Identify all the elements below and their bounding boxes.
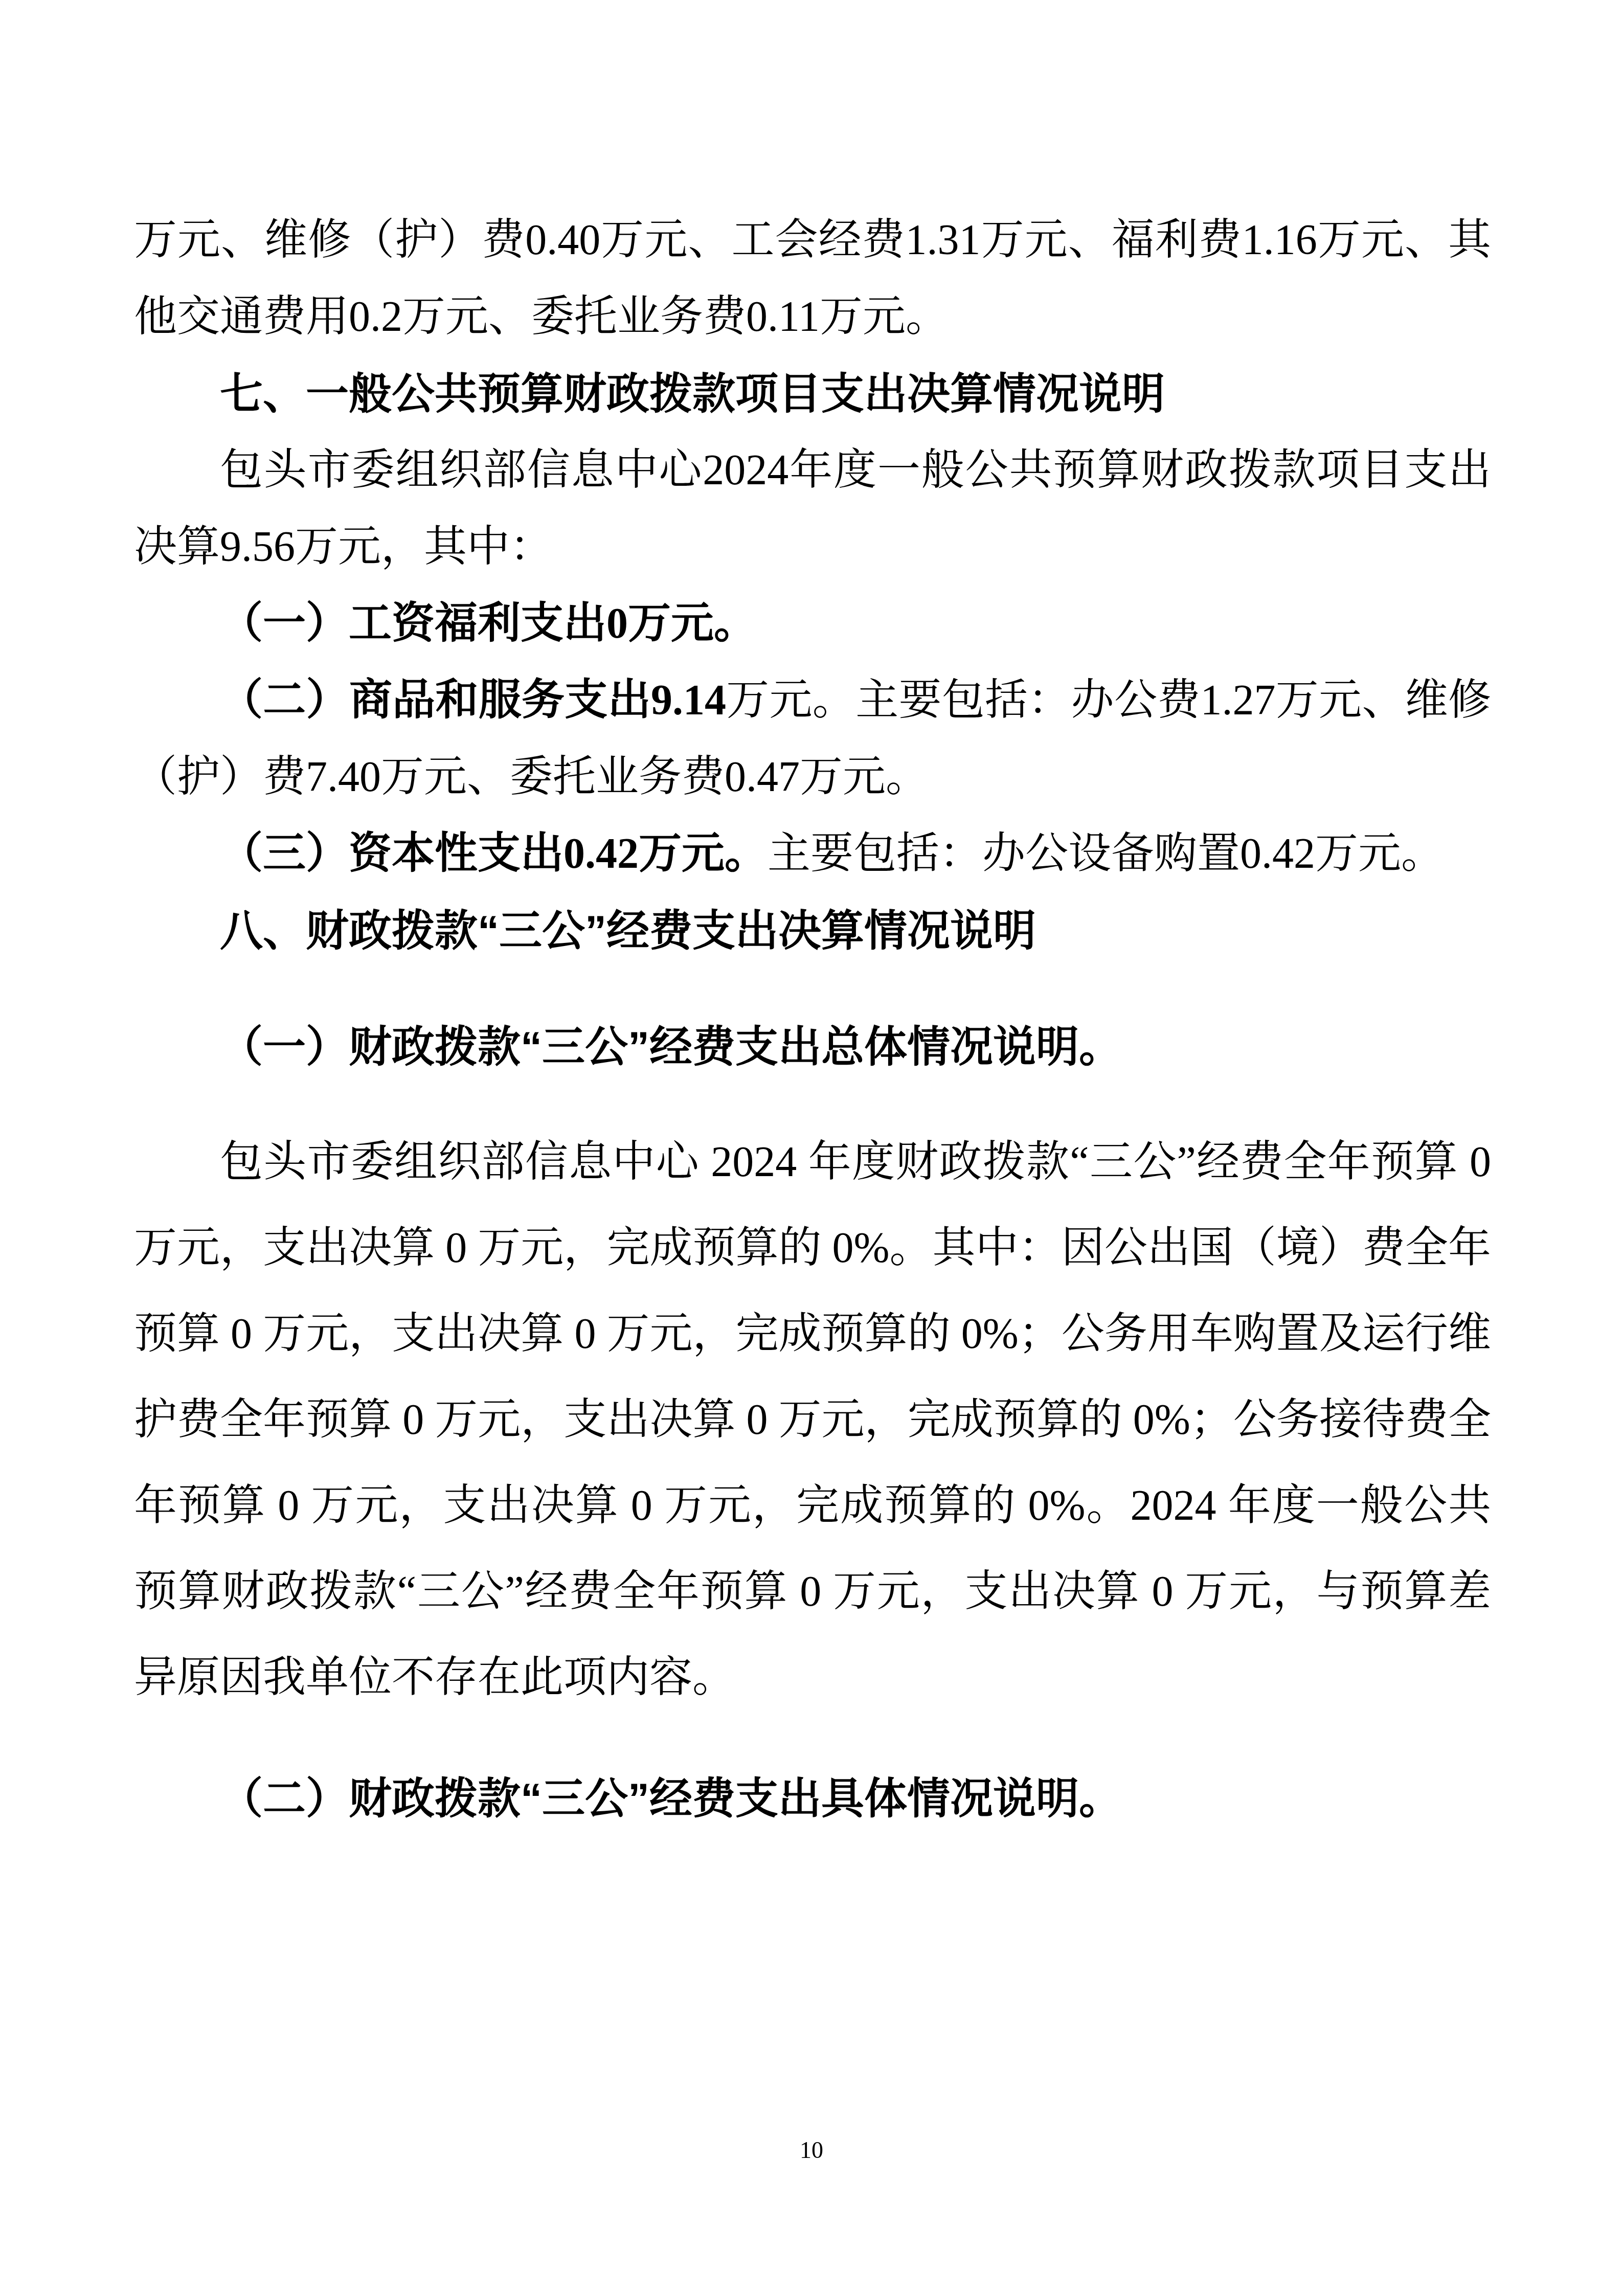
section8-sub1-heading: （一）财政拨款“三公”经费支出总体情况说明。 (134, 1004, 1491, 1090)
section7-intro-paragraph: 包头市委组织部信息中心2024年度一般公共预算财政拨款项目支出决算9.56万元，… (134, 432, 1491, 586)
section8-heading: 八、财政拨款“三公”经费支出决算情况说明 (134, 892, 1491, 969)
item-goods-services-lead: （二）商品和服务支出9.14 (220, 677, 726, 724)
section8-overview-paragraph: 包头市委组织部信息中心 2024 年度财政拨款“三公”经费全年预算 0 万元，支… (134, 1119, 1491, 1721)
section8-block: （一）财政拨款“三公”经费支出总体情况说明。 包头市委组织部信息中心 2024 … (134, 1004, 1491, 1841)
section7-heading: 七、一般公共预算财政拨款项目支出决算情况说明 (134, 355, 1491, 432)
section8-sub2-heading: （二）财政拨款“三公”经费支出具体情况说明。 (134, 1755, 1491, 1841)
page-number: 10 (0, 2137, 1623, 2163)
item-capital-lead: （三）资本性支出0.42万元。 (220, 830, 768, 877)
section7-item-goods-services-paragraph: （二）商品和服务支出9.14万元。主要包括：办公费1.27万元、维修（护）费7.… (134, 662, 1491, 816)
item-capital-detail: 主要包括：办公设备购置0.42万元。 (768, 830, 1444, 877)
section7-item-capital-paragraph: （三）资本性支出0.42万元。主要包括：办公设备购置0.42万元。 (134, 816, 1491, 892)
document-page: 万元、维修（护）费0.40万元、工会经费1.31万元、福利费1.16万元、其他交… (0, 0, 1623, 2296)
section7-item-wages-paragraph: （一）工资福利支出0万元。 (134, 586, 1491, 662)
continuation-paragraph: 万元、维修（护）费0.40万元、工会经费1.31万元、福利费1.16万元、其他交… (134, 202, 1491, 355)
